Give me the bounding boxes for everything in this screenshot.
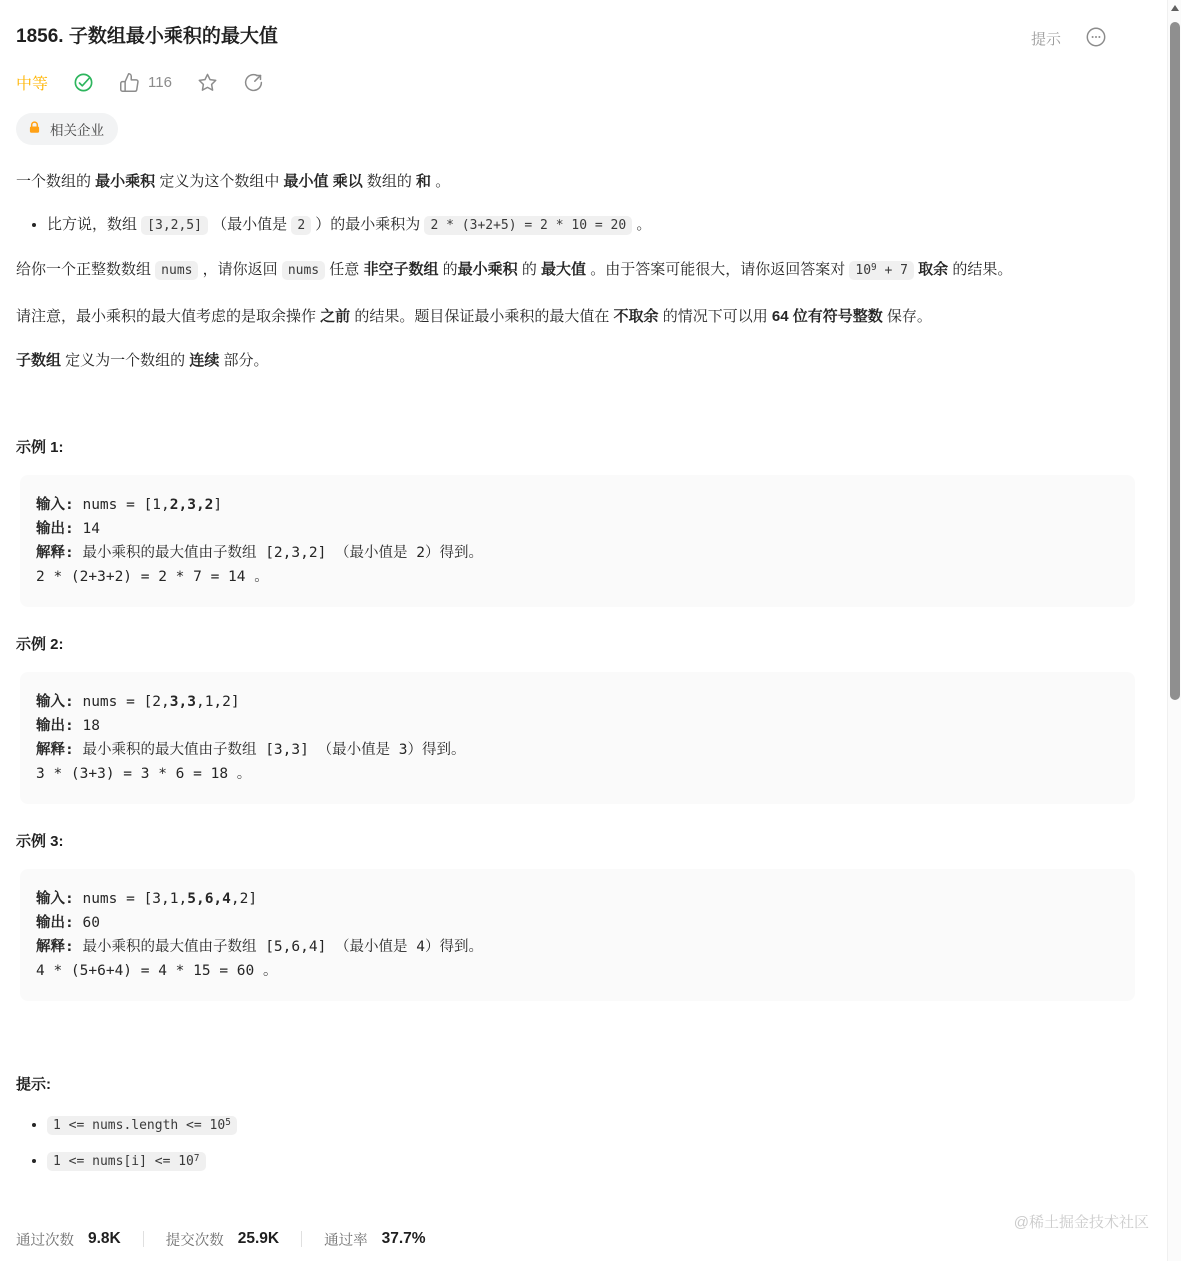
example-2-block: 输入: nums = [2,3,3,1,2] 输出: 18 解释: 最小乘积的最… — [20, 672, 1135, 804]
like-button[interactable]: 116 — [119, 72, 172, 93]
stat-label: 通过率 — [324, 1229, 368, 1250]
text-segment: 2 * (2+3+2) = 2 * 7 = 14 。 — [36, 569, 269, 585]
example-line: 输出: 60 — [36, 911, 1119, 935]
text-segment: nums = [1, — [74, 497, 170, 513]
text-segment: 子数组 — [16, 352, 61, 369]
stat-value: 9.8K — [88, 1230, 121, 1248]
text-segment: ] — [213, 497, 222, 513]
thumbs-up-icon — [119, 72, 140, 93]
text-segment: 非空子数组 — [363, 261, 438, 278]
hint-item: 1 <= nums[i] <= 107 — [47, 1152, 1135, 1169]
divider — [301, 1231, 302, 1247]
text-segment: 14 — [74, 521, 100, 537]
text-segment: 3 * (3+3) = 3 * 6 = 18 。 — [36, 766, 251, 782]
stat-value: 37.7% — [382, 1230, 426, 1248]
text-segment: 请注意，最小乘积的最大值考虑的是取余操作 — [16, 308, 320, 325]
inline-code: 2 * (3+2+5) = 2 * 10 = 20 — [424, 216, 632, 235]
text-segment: ,1,2] — [196, 694, 240, 710]
page-title: 1856. 子数组最小乘积的最大值 — [16, 24, 278, 50]
more-options-button[interactable] — [1085, 26, 1107, 51]
example-1-block: 输入: nums = [1,2,3,2] 输出: 14 解释: 最小乘积的最大值… — [20, 475, 1135, 607]
text-segment: 解释: — [36, 545, 74, 561]
text-segment: 之前 — [320, 308, 350, 325]
stat-value: 25.9K — [238, 1230, 279, 1248]
text-segment: 的 — [518, 261, 541, 278]
text-segment: 输入: — [36, 694, 74, 710]
text-segment: 的情况下可以用 — [659, 308, 772, 325]
text-segment: 64 位有符号整数 — [772, 308, 883, 325]
footer-stats: 通过次数 9.8K 提交次数 25.9K 通过率 37.7% — [16, 1225, 1135, 1253]
example-2-heading: 示例 2: — [16, 633, 1135, 654]
company-tag-label: 相关企业 — [50, 119, 104, 139]
example-line: 解释: 最小乘积的最大值由子数组 [5,6,4] （最小值是 4）得到。 — [36, 935, 1119, 959]
text-segment: 输入: — [36, 891, 74, 907]
example-line: 输入: nums = [1,2,3,2] — [36, 493, 1119, 517]
description-paragraph: 子数组 定义为一个数组的 连续 部分。 — [16, 349, 1135, 372]
text-segment: 。由于答案可能很大，请你返回答案对 — [586, 261, 849, 278]
inline-code: 1 <= nums.length <= 105 — [47, 1116, 237, 1135]
difficulty-badge: 中等 — [16, 71, 48, 94]
example-line: 输出: 18 — [36, 714, 1119, 738]
text-segment: 给你一个正整数数组 — [16, 261, 155, 278]
text-segment: 解释: — [36, 742, 74, 758]
text-segment: 最小乘积的最大值由子数组 [5,6,4] （最小值是 4）得到。 — [74, 939, 483, 955]
hints-heading: 提示: — [16, 1073, 1135, 1094]
scrollbar-track[interactable] — [1167, 0, 1181, 1261]
example-line: 输入: nums = [2,3,3,1,2] — [36, 690, 1119, 714]
text-segment: nums = [3,1, — [74, 891, 188, 907]
text-segment: （最小值是 — [208, 216, 291, 233]
inline-code: 109 + 7 — [849, 261, 914, 280]
description-paragraph: 一个数组的 最小乘积 定义为这个数组中 最小值 乘以 数组的 和 。 — [16, 170, 1135, 193]
text-segment: 的结果。 — [948, 261, 1012, 278]
share-button[interactable] — [243, 72, 264, 93]
like-count: 116 — [148, 74, 172, 91]
text-segment: 3,3 — [170, 694, 196, 710]
problem-description: 一个数组的 最小乘积 定义为这个数组中 最小值 乘以 数组的 和 。 比方说，数… — [16, 170, 1135, 372]
text-segment: 1 <= nums[i] <= 10 — [53, 1154, 194, 1169]
favorite-button[interactable] — [197, 72, 218, 93]
text-segment: 最小乘积 — [95, 173, 155, 190]
text-segment: 最大值 — [541, 261, 586, 278]
more-options-icon — [1085, 26, 1107, 51]
text-segment: 2,3,2 — [170, 497, 214, 513]
share-icon — [243, 72, 264, 93]
stat-submissions: 提交次数 25.9K — [166, 1229, 279, 1250]
text-segment: ,2] — [231, 891, 257, 907]
stat-acceptance-rate: 通过率 37.7% — [324, 1229, 425, 1250]
text-segment: ）的最小乘积为 — [311, 216, 424, 233]
title-row: 1856. 子数组最小乘积的最大值 提示 — [16, 24, 1135, 51]
text-segment: 4 * (5+6+4) = 4 * 15 = 60 。 — [36, 963, 277, 979]
example-line: 解释: 最小乘积的最大值由子数组 [3,3] （最小值是 3）得到。 — [36, 738, 1119, 762]
description-paragraph: 给你一个正整数数组 nums ，请你返回 nums 任意 非空子数组 的最小乘积… — [16, 258, 1135, 283]
example-line: 4 * (5+6+4) = 4 * 15 = 60 。 — [36, 959, 1119, 983]
text-segment: 7 — [194, 1153, 200, 1164]
lock-icon — [27, 120, 42, 138]
text-segment: 取余 — [918, 261, 948, 278]
example-line: 3 * (3+3) = 3 * 6 = 18 。 — [36, 762, 1119, 786]
star-icon — [197, 72, 218, 93]
text-segment: 。 — [632, 216, 651, 233]
divider — [143, 1231, 144, 1247]
text-segment: 和 — [416, 173, 431, 190]
text-segment: 的 — [439, 261, 458, 278]
text-segment: 最小乘积 — [458, 261, 518, 278]
example-line: 解释: 最小乘积的最大值由子数组 [2,3,2] （最小值是 2）得到。 — [36, 541, 1119, 565]
text-segment: 输出: — [36, 521, 74, 537]
hints-list: 1 <= nums.length <= 105 1 <= nums[i] <= … — [16, 1116, 1135, 1169]
description-paragraph: 请注意，最小乘积的最大值考虑的是取余操作 之前 的结果。题目保证最小乘积的最大值… — [16, 305, 1135, 328]
text-segment: nums = [2, — [74, 694, 170, 710]
text-segment: 解释: — [36, 939, 74, 955]
text-segment: 任意 — [325, 261, 363, 278]
example-3-block: 输入: nums = [3,1,5,6,4,2] 输出: 60 解释: 最小乘积… — [20, 869, 1135, 1001]
text-segment: + 7 — [877, 263, 908, 278]
text-segment: 9 — [871, 262, 877, 273]
title-actions: 提示 — [1031, 26, 1107, 51]
example-1-heading: 示例 1: — [16, 436, 1135, 457]
text-segment: 1 <= nums.length <= 10 — [53, 1118, 225, 1133]
example-line: 2 * (2+3+2) = 2 * 7 = 14 。 — [36, 565, 1119, 589]
example-line: 输入: nums = [3,1,5,6,4,2] — [36, 887, 1119, 911]
inline-code: 2 — [291, 216, 311, 235]
meta-row: 中等 116 — [16, 70, 1135, 94]
problem-content: 1856. 子数组最小乘积的最大值 提示 中等 — [0, 24, 1181, 1169]
company-tag-button[interactable]: 相关企业 — [16, 113, 118, 145]
text-segment: ，请你返回 — [198, 261, 281, 278]
hint-link[interactable]: 提示 — [1031, 28, 1061, 49]
text-segment: 连续 — [189, 352, 219, 369]
text-segment: 输出: — [36, 915, 74, 931]
example-line: 输出: 14 — [36, 517, 1119, 541]
stat-accepted: 通过次数 9.8K — [16, 1229, 121, 1250]
text-segment: 保存。 — [883, 308, 932, 325]
text-segment: 最小乘积的最大值由子数组 [3,3] （最小值是 3）得到。 — [74, 742, 466, 758]
text-segment: 5,6,4 — [187, 891, 231, 907]
inline-code: nums — [282, 261, 325, 280]
text-segment: 10 — [855, 263, 871, 278]
text-segment: 比方说，数组 — [47, 216, 141, 233]
stat-label: 通过次数 — [16, 1229, 74, 1250]
text-segment: 最小乘积的最大值由子数组 [2,3,2] （最小值是 2）得到。 — [74, 545, 483, 561]
text-segment: 不取余 — [614, 308, 659, 325]
text-segment: 最小值 乘以 — [284, 173, 363, 190]
text-segment: 定义为一个数组的 — [61, 352, 189, 369]
scrollbar-up-button[interactable] — [1171, 5, 1179, 11]
inline-code: 1 <= nums[i] <= 107 — [47, 1152, 206, 1171]
description-bullet: 比方说，数组 [3,2,5] （最小值是 2 ）的最小乘积为 2 * (3+2+… — [47, 213, 1135, 237]
text-segment: 18 — [74, 718, 100, 734]
inline-code: [3,2,5] — [141, 216, 208, 235]
text-segment: 的结果。题目保证最小乘积的最大值在 — [350, 308, 613, 325]
text-segment: 60 — [74, 915, 100, 931]
example-3-heading: 示例 3: — [16, 830, 1135, 851]
scrollbar-thumb[interactable] — [1170, 22, 1180, 700]
text-segment: 部分。 — [219, 352, 268, 369]
solved-check-icon — [73, 72, 94, 93]
text-segment: 一个数组的 — [16, 173, 95, 190]
tag-row: 相关企业 — [16, 113, 1135, 145]
text-segment: 。 — [431, 173, 450, 190]
text-segment: 5 — [225, 1117, 231, 1128]
text-segment: 输出: — [36, 718, 74, 734]
inline-code: nums — [155, 261, 198, 280]
text-segment: 定义为这个数组中 — [155, 173, 283, 190]
text-segment: 数组的 — [363, 173, 416, 190]
stat-label: 提交次数 — [166, 1229, 224, 1250]
text-segment: 输入: — [36, 497, 74, 513]
hint-item: 1 <= nums.length <= 105 — [47, 1116, 1135, 1133]
